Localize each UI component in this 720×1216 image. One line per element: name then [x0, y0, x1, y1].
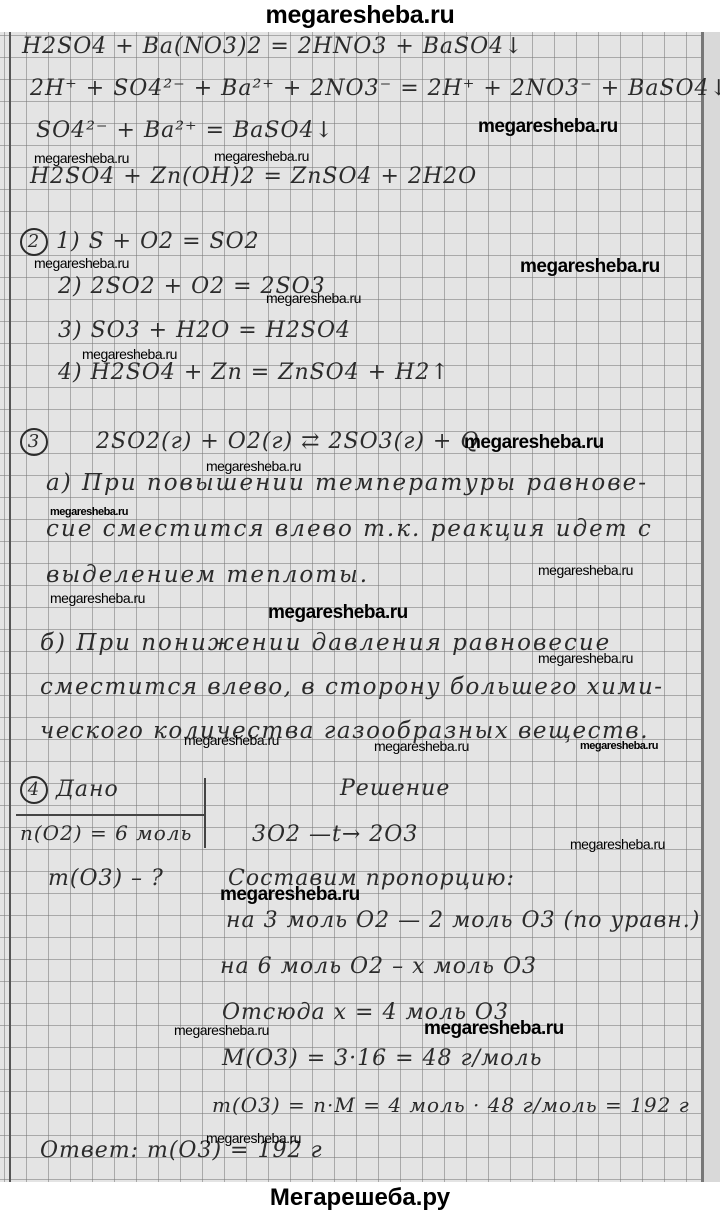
watermark: megaresheba.ru [268, 602, 408, 624]
task3-equation: 32SO2(г) + O2(г) ⇄ 2SO3(г) + Q [20, 428, 479, 456]
task4-given-label: Дано [56, 777, 119, 802]
given-divider [204, 778, 206, 848]
task4-line-5: M(O3) = 3·16 = 48 г/моль [222, 1046, 543, 1072]
task1-full-ionic-equation: 2H⁺ + SO4²⁻ + Ba²⁺ + 2NO3⁻ = 2H⁺ + 2NO3⁻… [30, 76, 720, 102]
task3-number-circle: 3 [20, 428, 48, 456]
watermark: megaresheba.ru [538, 650, 633, 666]
task3-part-a-line-2: сие сместится влево т.к. реакция идет с [46, 516, 653, 542]
given-underline [16, 814, 204, 816]
watermark: megaresheba.ru [464, 432, 604, 454]
watermark: megaresheba.ru [34, 150, 129, 166]
watermark: megaresheba.ru [424, 1018, 564, 1040]
task3-part-a-line-1: а) При повышении температуры равнове- [46, 470, 648, 496]
task3-part-a-line-3: выделением теплоты. [46, 562, 369, 588]
task3-part-b-line-3: ческого количества газообразных веществ. [40, 718, 649, 744]
task4-solution-label: Решение [340, 776, 450, 802]
watermark: megaresheba.ru [34, 255, 129, 271]
task4-given-value: n(O2) = 6 моль [20, 820, 192, 846]
watermark: megaresheba.ru [206, 1130, 301, 1146]
task1-short-ionic-equation: SO4²⁻ + Ba²⁺ = BaSO4↓ [36, 118, 334, 144]
site-header: megaresheba.ru [0, 0, 720, 32]
page-edge-shade [704, 32, 720, 1182]
task4-line-2: на 3 моль O2 — 2 моль O3 (по уравн.) [226, 908, 700, 934]
watermark: megaresheba.ru [374, 738, 469, 754]
watermark: megaresheba.ru [538, 562, 633, 578]
watermark: megaresheba.ru [206, 458, 301, 474]
watermark: megaresheba.ru [580, 740, 658, 752]
watermark: megaresheba.ru [220, 884, 360, 906]
margin-line [9, 32, 11, 1182]
task3-equation-text: 2SO2(г) + O2(г) ⇄ 2SO3(г) + Q [96, 429, 479, 454]
task2-step-3: 3) SO3 + H2O = H2SO4 [58, 318, 351, 344]
site-footer: Мегарешеба.ру [0, 1180, 720, 1216]
task4-line-3: на 6 моль O2 – x моль O3 [220, 954, 537, 980]
watermark: megaresheba.ru [50, 590, 145, 606]
watermark: megaresheba.ru [520, 256, 660, 278]
task4-given-heading: 4Дано [20, 776, 119, 804]
watermark: megaresheba.ru [50, 506, 128, 518]
task3-part-b-line-1: б) При понижении давления равновесие [40, 630, 611, 656]
task1-zn-equation: H2SO4 + Zn(OH)2 = ZnSO4 + 2H2O [30, 164, 477, 190]
watermark: megaresheba.ru [570, 836, 665, 852]
watermark: megaresheba.ru [174, 1022, 269, 1038]
task2-step-1-text: 1) S + O2 = SO2 [56, 229, 260, 254]
watermark: megaresheba.ru [82, 346, 177, 362]
task4-number-circle: 4 [20, 776, 48, 804]
task1-molecular-equation: H2SO4 + Ba(NO3)2 = 2HNO3 + BaSO4↓ [22, 34, 524, 60]
task4-reaction: 3O2 —t→ 2O3 [252, 822, 418, 848]
task3-part-b-line-2: сместится влево, в сторону большего хими… [40, 674, 664, 700]
watermark: megaresheba.ru [184, 732, 279, 748]
watermark: megaresheba.ru [478, 116, 618, 138]
task4-line-6: m(O3) = n·M = 4 моль · 48 г/моль = 192 г [212, 1092, 690, 1118]
task2-number-circle: 2 [20, 228, 48, 256]
task4-find: m(O3) – ? [48, 866, 164, 892]
task2-step-4: 4) H2SO4 + Zn = ZnSO4 + H2↑ [58, 360, 450, 386]
watermark: megaresheba.ru [266, 290, 361, 306]
task2-step-1: 21) S + O2 = SO2 [20, 228, 260, 256]
watermark: megaresheba.ru [214, 148, 309, 164]
